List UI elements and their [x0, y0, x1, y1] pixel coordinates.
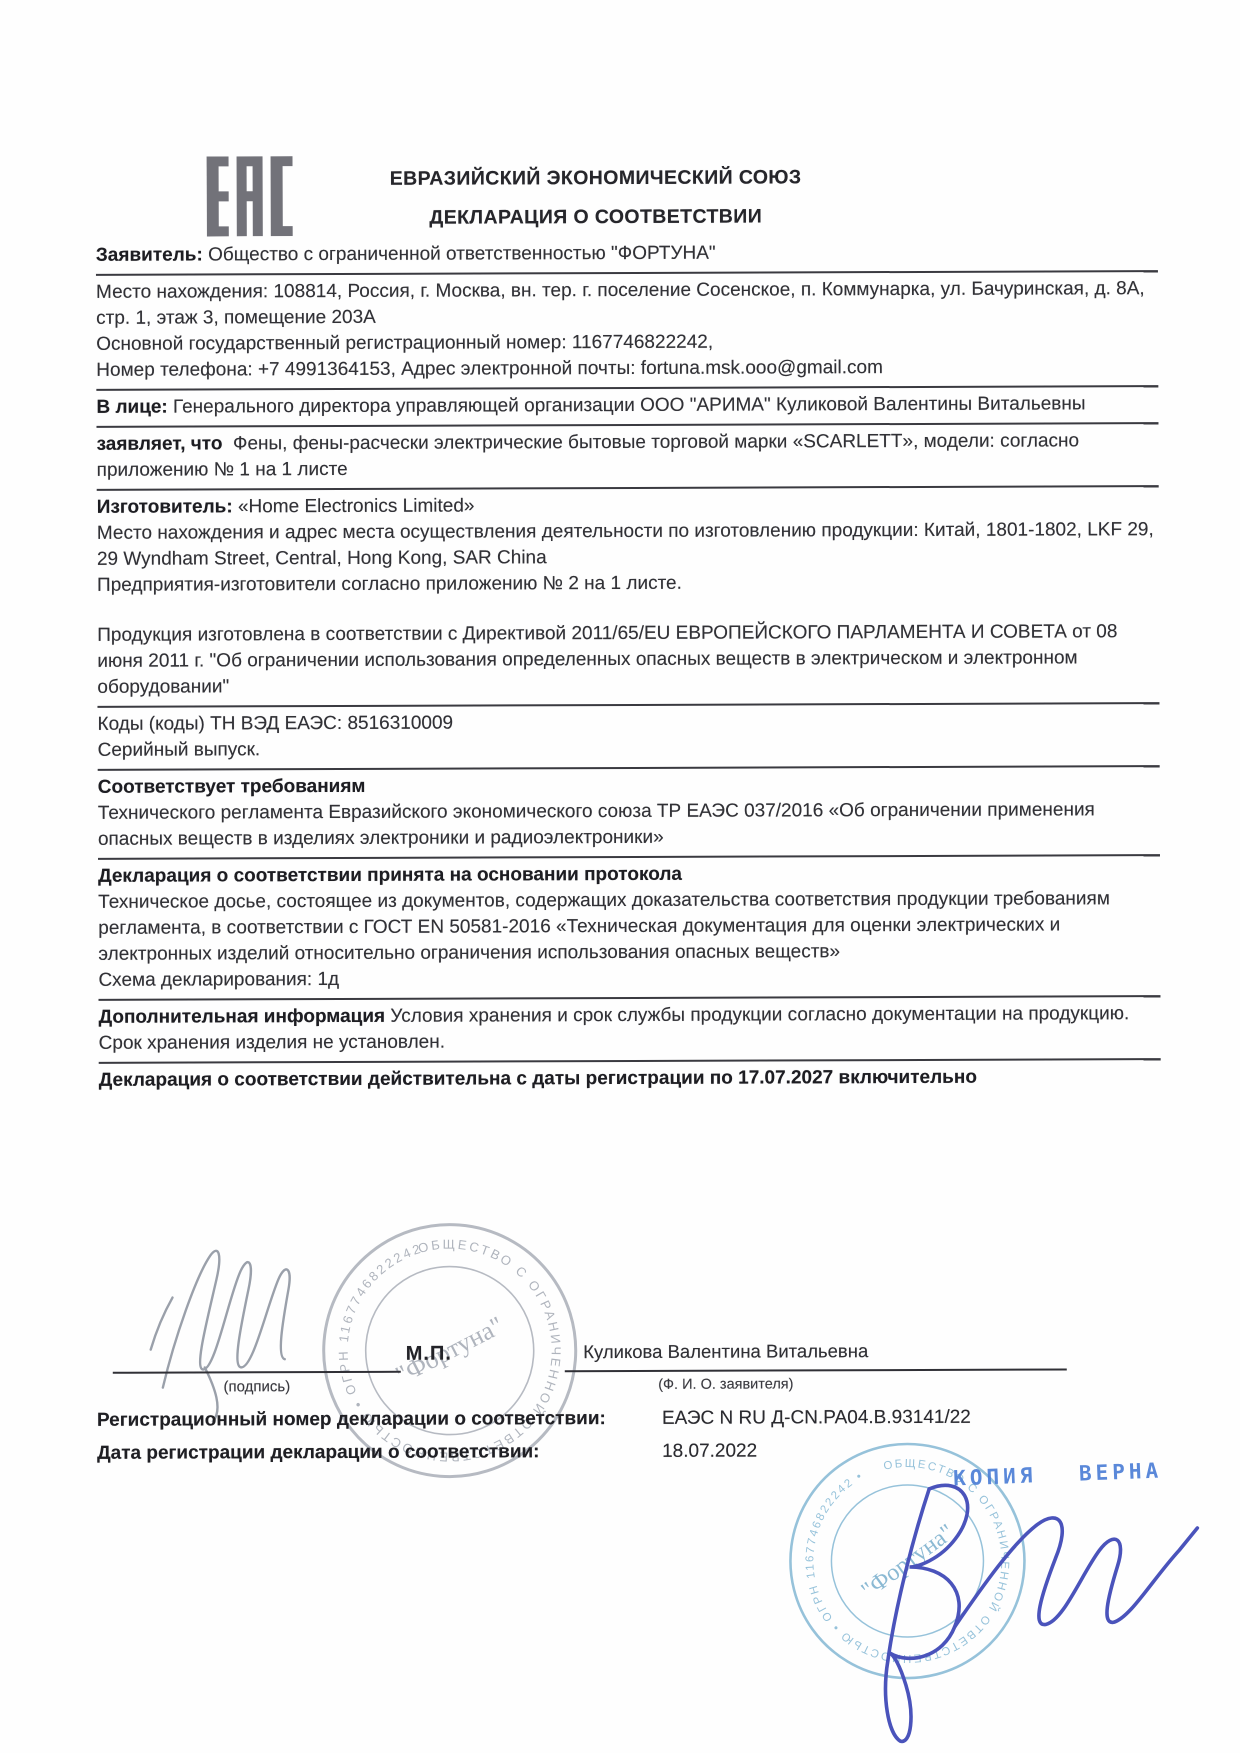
declares-value: Фены, фены-расчески электрические бытовы…: [97, 430, 1080, 480]
applicant-ogrn: Основной государственный регистрационный…: [96, 328, 1158, 358]
copy-signature-blue: [833, 1466, 1214, 1749]
name-caption: (Ф. И. О. заявителя): [565, 1376, 887, 1393]
in-person-line: В лице: Генерального директора управляющ…: [96, 391, 1158, 421]
signature-caption: (подпись): [113, 1378, 401, 1396]
spacer: [97, 595, 1159, 623]
basis-label: Декларация о соответствии принята на осн…: [98, 860, 1160, 890]
stamp-place-label: М.П.: [406, 1343, 452, 1366]
declares-line: заявляет, что Фены, фены-расчески электр…: [97, 428, 1159, 484]
registration-number-label: Регистрационный номер декларации о соотв…: [97, 1408, 662, 1432]
conforms-value: Технического регламента Евразийского эко…: [98, 797, 1160, 853]
manufacturer-plants: Предприятия-изготовители согласно прилож…: [97, 569, 1159, 599]
manufacturer-value: «Home Electronics Limited»: [238, 496, 475, 518]
directive-paragraph: Продукция изготовлена в соответствии с Д…: [97, 619, 1159, 701]
declaration-body: Заявитель: Общество с ограниченной ответ…: [96, 239, 1161, 1094]
divider: [97, 702, 1159, 708]
validity-line: Декларация о соответствии действительна …: [99, 1064, 1161, 1094]
declaration-document-page: ЕВРАЗИЙСКИЙ ЭКОНОМИЧЕСКИЙ СОЮЗ ДЕКЛАРАЦИ…: [0, 0, 1240, 1753]
declares-label: заявляет, что: [97, 433, 223, 454]
manufacturer-line: Изготовитель: «Home Electronics Limited»: [97, 491, 1159, 521]
in-person-value: Генерального директора управляющей орган…: [173, 393, 1086, 417]
registration-number-value: ЕАЭС N RU Д-CN.РА04.В.93141/22: [662, 1407, 971, 1430]
divider: [96, 422, 1158, 428]
divider: [98, 854, 1160, 860]
applicant-full-name: Куликова Валентина Витальевна: [565, 1340, 887, 1363]
scan-content: ЕВРАЗИЙСКИЙ ЭКОНОМИЧЕСКИЙ СОЮЗ ДЕКЛАРАЦИ…: [0, 0, 1240, 1753]
additional-info-line: Дополнительная информация Условия хранен…: [99, 1001, 1161, 1057]
registration-date-value: 18.07.2022: [662, 1441, 757, 1463]
basis-value: Техническое досье, состоящее из документ…: [98, 886, 1160, 968]
manufacturer-label: Изготовитель:: [97, 496, 233, 517]
name-line: [565, 1368, 1067, 1372]
applicant-address: Место нахождения: 108814, Россия, г. Мос…: [96, 276, 1158, 332]
registration-date-label: Дата регистрации декларации о соответств…: [97, 1441, 662, 1465]
registration-number-row: Регистрационный номер декларации о соотв…: [97, 1406, 1172, 1432]
conforms-label: Соответствует требованиям: [98, 771, 1160, 801]
doc-title: ДЕКЛАРАЦИЯ О СООТВЕТСТВИИ: [131, 204, 1061, 230]
applicant-line: Заявитель: Общество с ограниченной ответ…: [96, 239, 1158, 269]
applicant-contacts: Номер телефона: +7 4991364153, Адрес эле…: [96, 354, 1158, 384]
header-titles: ЕВРАЗИЙСКИЙ ЭКОНОМИЧЕСКИЙ СОЮЗ ДЕКЛАРАЦИ…: [131, 165, 1061, 230]
declaration-scheme: Схема декларирования: 1д: [98, 964, 1160, 994]
divider: [99, 1058, 1161, 1064]
divider: [97, 485, 1159, 491]
registration-date-row: Дата регистрации декларации о соответств…: [97, 1439, 1172, 1465]
tnved-codes: Коды (коды) ТН ВЭД ЕАЭС: 8516310009: [97, 708, 1159, 738]
divider: [96, 270, 1158, 276]
applicant-label: Заявитель:: [96, 244, 203, 265]
divider: [98, 995, 1160, 1001]
divider: [96, 385, 1158, 391]
manufacturer-address: Место нахождения и адрес места осуществл…: [97, 517, 1159, 573]
divider: [98, 765, 1160, 771]
union-title: ЕВРАЗИЙСКИЙ ЭКОНОМИЧЕСКИЙ СОЮЗ: [131, 165, 1061, 191]
in-person-label: В лице:: [96, 397, 167, 418]
applicant-value: Общество с ограниченной ответственностью…: [208, 243, 716, 266]
serial-issue: Серийный выпуск.: [98, 734, 1160, 764]
additional-info-label: Дополнительная информация: [99, 1006, 386, 1028]
